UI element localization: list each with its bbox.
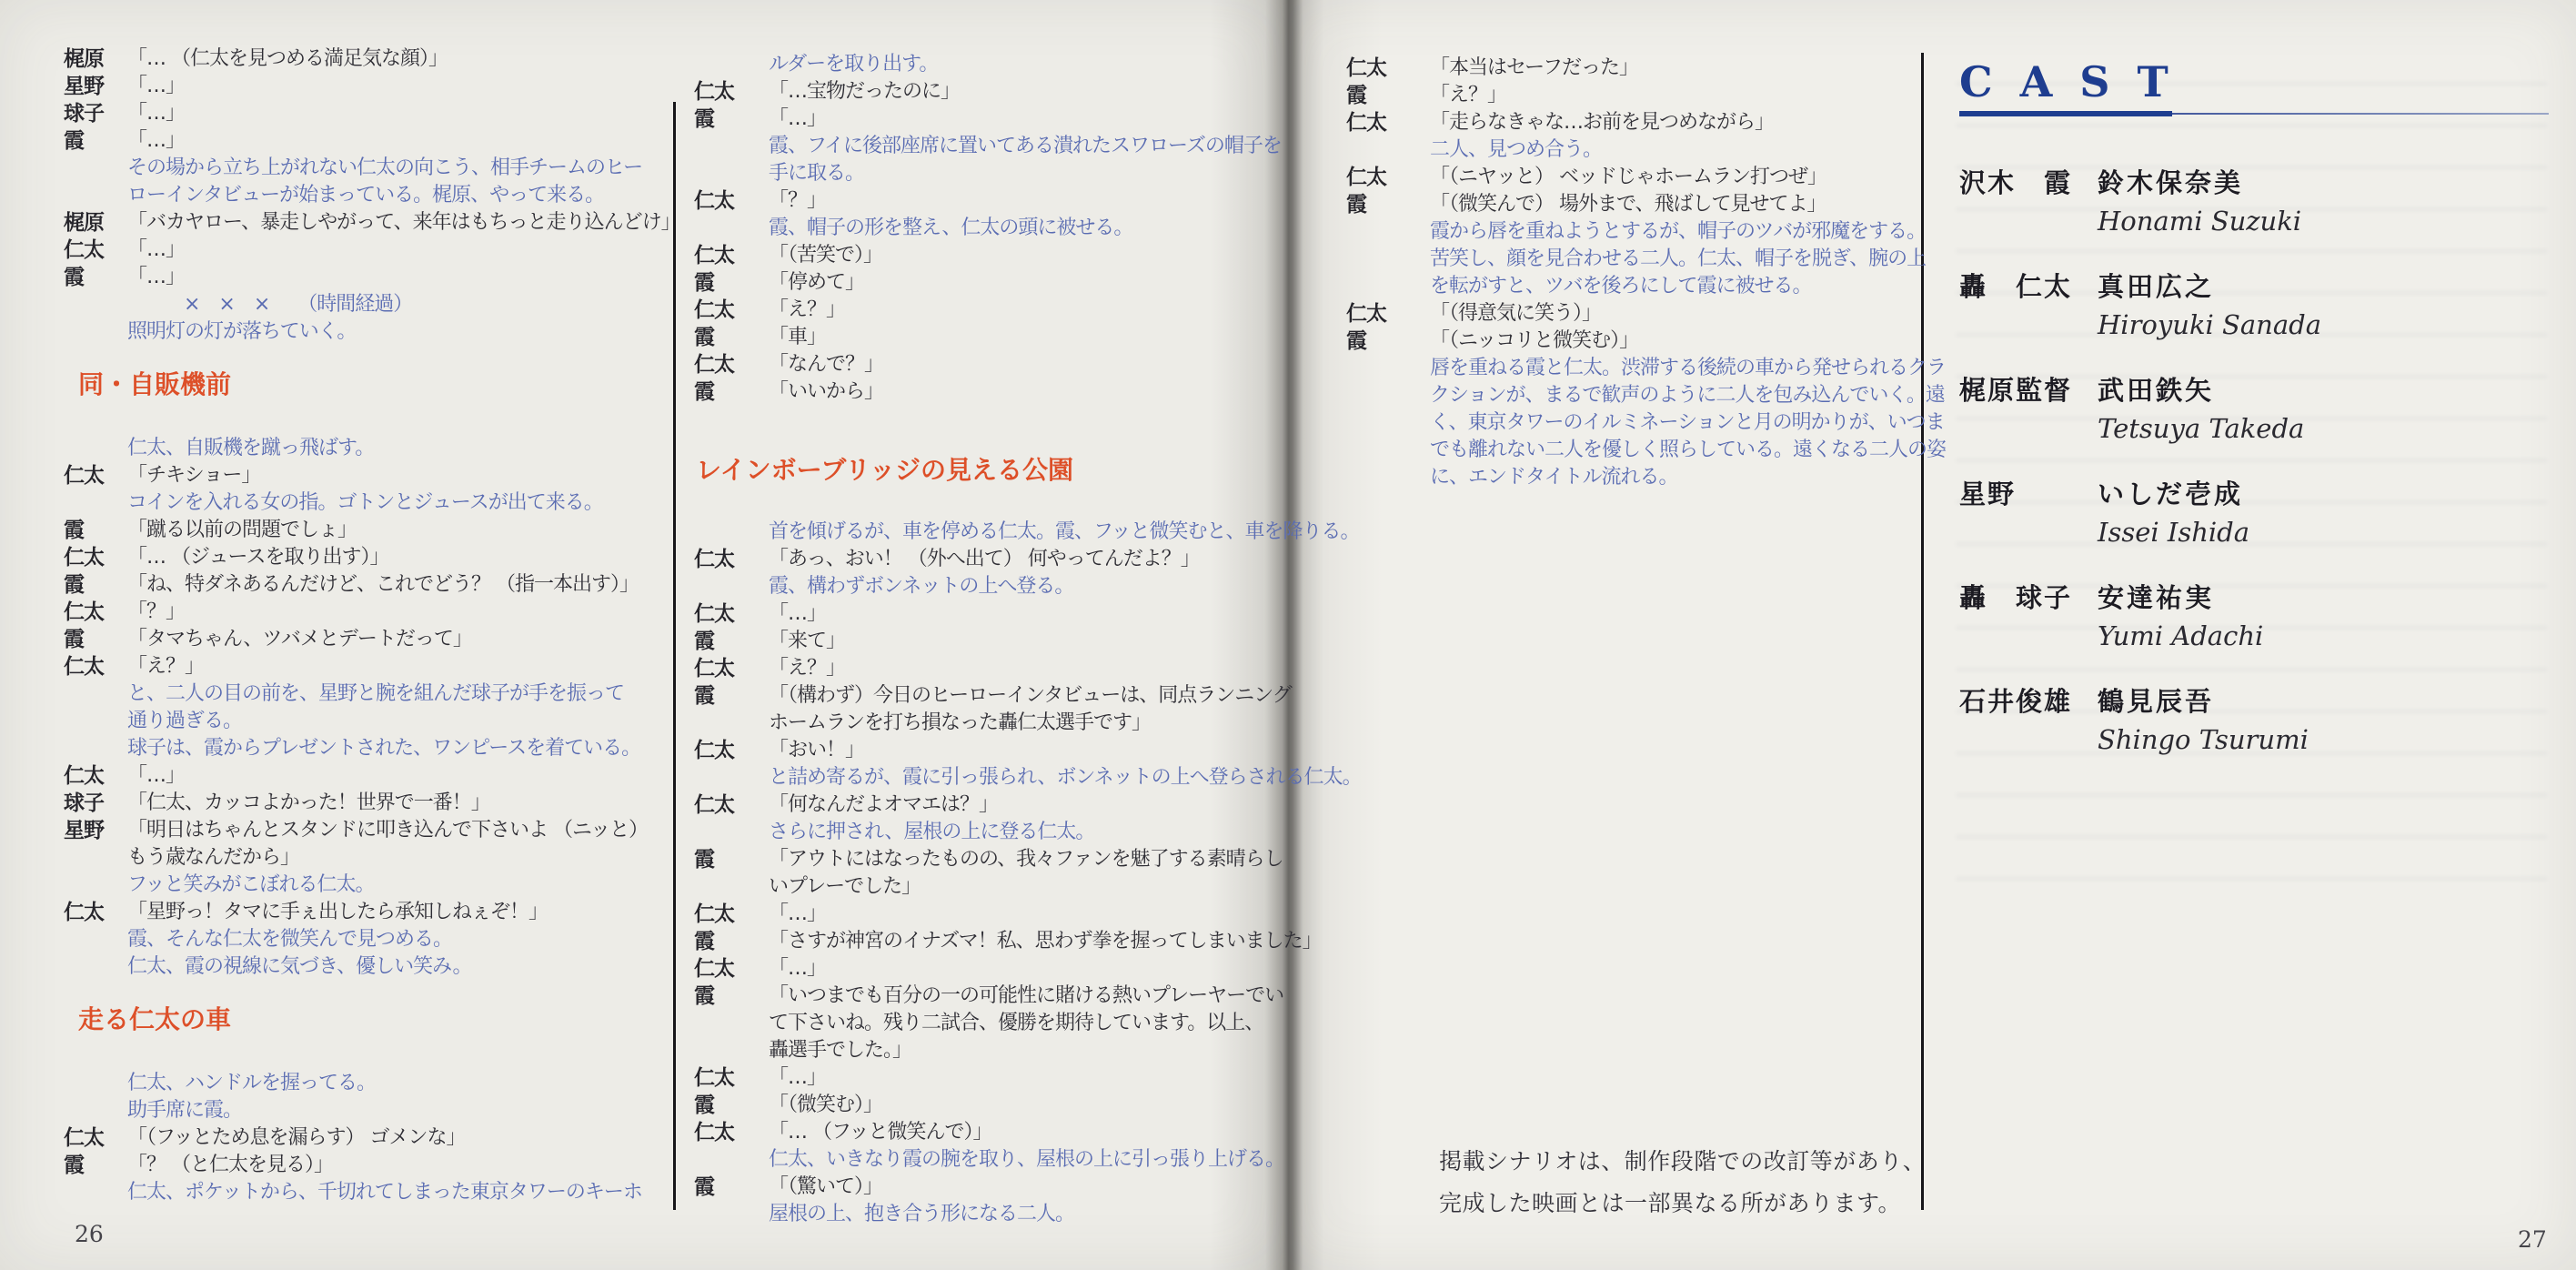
dialogue-text: 「え？」 — [769, 655, 1282, 682]
cast-actor-block: 鈴木保奈美Honami Suzuki — [2098, 166, 2560, 238]
speaker-name: 霞 — [1346, 82, 1430, 109]
dialogue-row: 霞「いいから」 — [694, 378, 1282, 406]
spacer — [64, 346, 671, 369]
dialogue-row: 仁太「…」 — [64, 237, 671, 264]
dialogue-row: 霞「車」 — [694, 324, 1282, 351]
column-divider-rule-page26 — [673, 102, 676, 1210]
dialogue-row: 仁太「星野っ！タマに手ぇ出したら承知しねぇぞ！」 — [64, 899, 671, 926]
dialogue-row: 仁太「（フッとため息を漏らす） ゴメンな」 — [64, 1124, 671, 1152]
cast-role-name: 石井俊雄 — [1959, 684, 2098, 719]
action-text: と、二人の目の前を、星野と腕を組んだ球子が手を振って通り過ぎる。 — [127, 680, 671, 735]
cast-role-name: 梶原監督 — [1959, 373, 2098, 408]
speaker-name: 仁太 — [694, 297, 769, 324]
dialogue-text: 「… （ジュースを取り出す）」 — [127, 544, 671, 571]
action-row: 霞から唇を重ねようとするが、帽子のツバが邪魔をする。苦笑し、顔を見合わせる二人。… — [1346, 218, 1903, 300]
dialogue-row: 霞「…」 — [64, 264, 671, 291]
script-line: 「（微笑む）」 — [769, 1092, 1282, 1119]
dialogue-text: 「なんで？」 — [769, 351, 1282, 378]
speaker-name: 霞 — [694, 846, 769, 873]
dialogue-text: 「（得意気に笑う）」 — [1430, 300, 1903, 328]
script-line: 二人、見つめ合う。 — [1430, 136, 1903, 164]
script-line: 「…」 — [127, 73, 671, 100]
script-line: 「え？」 — [769, 655, 1282, 682]
note-line: 完成した映画とは一部異なる所があります。 — [1439, 1183, 1926, 1225]
spacer — [64, 1035, 671, 1070]
script-line: 「停めて」 — [769, 269, 1282, 297]
script-line: コインを入れる女の指。ゴトンとジュースが出て来る。 — [127, 489, 671, 517]
script-line: 「来て」 — [769, 628, 1282, 655]
script-line: 「本当はセーフだった」 — [1430, 55, 1903, 82]
script-line: 「アウトにはなったものの、我々ファンを魅了する素晴らし — [769, 846, 1282, 873]
dialogue-row: 霞「アウトにはなったものの、我々ファンを魅了する素晴らしいプレーでした」 — [694, 846, 1282, 901]
dialogue-row: 星野「明日はちゃんとスタンドに叩き込んで下さいよ （ニッと）もう歳なんだから」 — [64, 817, 671, 872]
dialogue-text: 「アウトにはなったものの、我々ファンを魅了する素晴らしいプレーでした」 — [769, 846, 1282, 901]
script-line: 仁太、自販機を蹴っ飛ばす。 — [127, 435, 671, 462]
speaker-name: 仁太 — [694, 1119, 769, 1146]
speaker-name: 霞 — [64, 1152, 127, 1179]
action-row: さらに押され、屋根の上に登る仁太。 — [694, 819, 1282, 846]
script-line: 「チキショー」 — [127, 462, 671, 489]
script-line: 「（構わず）今日のヒーローインタビューは、同点ランニング — [769, 682, 1282, 710]
script-line: 「タマちゃん、ツバメとデートだって」 — [127, 626, 671, 653]
action-row: ルダーを取り出す。 — [694, 51, 1282, 78]
script-line: 「…」 — [127, 127, 671, 155]
script-line: 首を傾げるが、車を停める仁太。霞、フッと微笑むと、車を降りる。 — [769, 519, 1282, 546]
script-line: 轟選手でした。」 — [769, 1037, 1282, 1064]
page-number-26: 26 — [75, 1221, 104, 1247]
script-line: 「ね、特ダネあるんだけど、これでどう？ （指一本出す）」 — [127, 571, 671, 599]
dialogue-text: 「…」 — [769, 600, 1282, 628]
dialogue-text: 「…」 — [127, 127, 671, 155]
speaker-name: 仁太 — [694, 242, 769, 269]
dialogue-row: 球子「仁太、カッコよかった！世界で一番！」 — [64, 790, 671, 817]
dialogue-text: 「いつまでも百分の一の可能性に賭ける熱いプレーヤーでいて下さいね。残り二試合、優… — [769, 983, 1282, 1064]
dialogue-row: 仁太「え？」 — [64, 653, 671, 680]
time-separator: × × × （時間経過） — [64, 291, 671, 318]
speaker-name: 球子 — [64, 100, 127, 127]
action-row: コインを入れる女の指。ゴトンとジュースが出て来る。 — [64, 489, 671, 517]
dialogue-row: 星野「…」 — [64, 73, 671, 100]
dialogue-text: 「…」 — [769, 1064, 1282, 1092]
script-line: ローインタビューが始まっている。梶原、やって来る。 — [127, 182, 671, 209]
spacer — [64, 981, 671, 1004]
action-text: 霞、フイに後部座席に置いてある潰れたスワローズの帽子を手に取る。 — [769, 133, 1282, 187]
speaker-name: 霞 — [694, 983, 769, 1010]
dialogue-row: 霞「タマちゃん、ツバメとデートだって」 — [64, 626, 671, 653]
dialogue-text: 「え？」 — [127, 653, 671, 680]
cast-actor-romaji: Issei Ishida — [2098, 515, 2560, 549]
dialogue-text: 「？」 — [127, 599, 671, 626]
action-row: フッと笑みがこぼれる仁太。 — [64, 872, 671, 899]
action-text: 照明灯の灯が落ちていく。 — [127, 318, 671, 346]
dialogue-text: 「… （仁太を見つめる満足気な顔）」 — [127, 45, 671, 73]
dialogue-row: 霞「…」 — [64, 127, 671, 155]
dialogue-row: 梶原「… （仁太を見つめる満足気な顔）」 — [64, 45, 671, 73]
script-line: と、二人の目の前を、星野と腕を組んだ球子が手を振って — [127, 680, 671, 708]
script-line: 「バカヤロー、暴走しやがって、来年はもちっと走り込んどけ」 — [127, 209, 671, 237]
dialogue-text: 「走らなきゃな…お前を見つめながら」 — [1430, 109, 1903, 136]
dialogue-text: 「…」 — [769, 955, 1282, 983]
script-line: ルダーを取り出す。 — [769, 51, 1282, 78]
action-text: 首を傾げるが、車を停める仁太。霞、フッと微笑むと、車を降りる。 — [769, 519, 1282, 546]
cast-entry: 沢木 霞鈴木保奈美Honami Suzuki — [1959, 166, 2560, 238]
action-row: 屋根の上、抱き合う形になる二人。 — [694, 1201, 1282, 1228]
speaker-name: 霞 — [64, 517, 127, 544]
cast-role-name: 星野 — [1959, 477, 2098, 511]
action-row: と、二人の目の前を、星野と腕を組んだ球子が手を振って通り過ぎる。 — [64, 680, 671, 735]
dialogue-row: 梶原「バカヤロー、暴走しやがって、来年はもちっと走り込んどけ」 — [64, 209, 671, 237]
speaker-name: 霞 — [64, 127, 127, 155]
dialogue-row: 霞「（構わず）今日のヒーローインタビューは、同点ランニングホームランを打ち損なっ… — [694, 682, 1282, 737]
script-line: 「蹴る以前の問題でしょ」 — [127, 517, 671, 544]
script-line: 通り過ぎる。 — [127, 708, 671, 735]
action-row: 霞、帽子の形を整え、仁太の頭に被せる。 — [694, 215, 1282, 242]
script-line: 「おい！」 — [769, 737, 1282, 764]
speaker-name: 霞 — [694, 928, 769, 955]
action-row: 助手席に霞。 — [64, 1097, 671, 1124]
cast-role-name: 轟 仁太 — [1959, 269, 2098, 304]
speaker-name: 霞 — [694, 1092, 769, 1119]
dialogue-text: 「チキショー」 — [127, 462, 671, 489]
script-line: 「（苦笑で）」 — [769, 242, 1282, 269]
script-line: 「あっ、おい！ （外へ出て） 何やってんだよ？」 — [769, 546, 1282, 573]
script-line: 手に取る。 — [769, 160, 1282, 187]
script-line: に、エンドタイトル流れる。 — [1430, 464, 1903, 491]
action-row: 霞、フイに後部座席に置いてある潰れたスワローズの帽子を手に取る。 — [694, 133, 1282, 187]
dialogue-text: 「（苦笑で）」 — [769, 242, 1282, 269]
script-line: 仁太、ポケットから、千切れてしまった東京タワーのキーホ — [127, 1179, 671, 1206]
action-row: 仁太、霞の視線に気づき、優しい笑み。 — [64, 953, 671, 981]
script-line: いプレーでした」 — [769, 873, 1282, 901]
script-line: 仁太、いきなり霞の腕を取り、屋根の上に引っ張り上げる。 — [769, 1146, 1282, 1174]
script-line: 「車」 — [769, 324, 1282, 351]
action-row: 仁太、自販機を蹴っ飛ばす。 — [64, 435, 671, 462]
cast-actor-block: いしだ壱成Issei Ishida — [2098, 477, 2560, 549]
speaker-name: 仁太 — [694, 1064, 769, 1092]
script-line: 「…」 — [127, 762, 671, 790]
dialogue-text: 「おい！」 — [769, 737, 1282, 764]
speaker-name: 仁太 — [1346, 300, 1430, 328]
cast-actor-romaji: Yumi Adachi — [2098, 619, 2560, 653]
dialogue-text: 「あっ、おい！ （外へ出て） 何やってんだよ？」 — [769, 546, 1282, 573]
script-line: 「…」 — [127, 264, 671, 291]
dialogue-text: 「蹴る以前の問題でしょ」 — [127, 517, 671, 544]
speaker-name: 仁太 — [694, 791, 769, 819]
speaker-name: 仁太 — [694, 78, 769, 106]
cast-actor-block: 武田鉄矢Tetsuya Takeda — [2098, 373, 2560, 446]
script-line: 「星野っ！タマに手ぇ出したら承知しねぇぞ！」 — [127, 899, 671, 926]
dialogue-row: 霞「（微笑む）」 — [694, 1092, 1282, 1119]
cast-entry: 轟 球子安達祐実Yumi Adachi — [1959, 580, 2560, 653]
dialogue-text: 「いいから」 — [769, 378, 1282, 406]
dialogue-row: 仁太「？」 — [64, 599, 671, 626]
script-line: 「… （フッと微笑んで）」 — [769, 1119, 1282, 1146]
dialogue-text: 「車」 — [769, 324, 1282, 351]
cast-actor-romaji: Honami Suzuki — [2098, 204, 2560, 238]
script-line: 霞から唇を重ねようとするが、帽子のツバが邪魔をする。 — [1430, 218, 1903, 246]
action-text: 仁太、霞の視線に気づき、優しい笑み。 — [127, 953, 671, 981]
dialogue-text: 「…」 — [127, 762, 671, 790]
dialogue-row: 霞「？ （と仁太を見る）」 — [64, 1152, 671, 1179]
cast-heading-rule — [1959, 111, 2549, 118]
script-line: 仁太、ハンドルを握ってる。 — [127, 1070, 671, 1097]
script-line: 「（ニヤッと） ベッドじゃホームラン打つぜ」 — [1430, 164, 1903, 191]
speaker-name: 梶原 — [64, 45, 127, 73]
cast-actor-name: 鶴見辰吾 — [2098, 684, 2560, 719]
cast-actor-block: 鶴見辰吾Shingo Tsurumi — [2098, 684, 2560, 757]
dialogue-text: 「仁太、カッコよかった！世界で一番！」 — [127, 790, 671, 817]
action-text: フッと笑みがこぼれる仁太。 — [127, 872, 671, 899]
scene-heading: レインボーブリッジの見える公園 — [694, 455, 1282, 486]
dialogue-text: 「（微笑む）」 — [769, 1092, 1282, 1119]
script-line: 助手席に霞。 — [127, 1097, 671, 1124]
scene-heading: 走る仁太の車 — [64, 1004, 671, 1035]
dialogue-row: 霞「さすが神宮のイナズマ！私、思わず拳を握ってしまいました」 — [694, 928, 1282, 955]
dialogue-row: 仁太「（苦笑で）」 — [694, 242, 1282, 269]
cast-actor-name: 真田広之 — [2098, 269, 2560, 304]
dialogue-text: 「…」 — [127, 264, 671, 291]
script-line: でも離れない二人を優しく照らしている。遠くなる二人の姿 — [1430, 437, 1903, 464]
dialogue-row: 仁太「？」 — [694, 187, 1282, 215]
spacer — [64, 400, 671, 435]
script-line: 「…」 — [127, 237, 671, 264]
script-line: 球子は、霞からプレゼントされた、ワンピースを着ている。 — [127, 735, 671, 762]
cast-entry-list: 沢木 霞鈴木保奈美Honami Suzuki轟 仁太真田広之Hiroyuki S… — [1959, 166, 2560, 757]
script-line: 仁太、霞の視線に気づき、優しい笑み。 — [127, 953, 671, 981]
cast-entry: 石井俊雄鶴見辰吾Shingo Tsurumi — [1959, 684, 2560, 757]
dialogue-row: 仁太「（ニヤッと） ベッドじゃホームラン打つぜ」 — [1346, 164, 1903, 191]
dialogue-text: 「…」 — [769, 106, 1282, 133]
dialogue-text: 「バカヤロー、暴走しやがって、来年はもちっと走り込んどけ」 — [127, 209, 671, 237]
action-text: 霞、帽子の形を整え、仁太の頭に被せる。 — [769, 215, 1282, 242]
speaker-name: 霞 — [694, 106, 769, 133]
action-text: 仁太、いきなり霞の腕を取り、屋根の上に引っ張り上げる。 — [769, 1146, 1282, 1174]
dialogue-row: 仁太「何なんだよオマエは？」 — [694, 791, 1282, 819]
dialogue-row: 仁太「チキショー」 — [64, 462, 671, 489]
note-line: 掲載シナリオは、制作段階での改訂等があり、 — [1439, 1141, 1926, 1183]
speaker-name: 霞 — [64, 571, 127, 599]
action-row: 仁太、ポケットから、千切れてしまった東京タワーのキーホ — [64, 1179, 671, 1206]
action-text: 霞、そんな仁太を微笑んで見つめる。 — [127, 926, 671, 953]
cast-actor-name: 鈴木保奈美 — [2098, 166, 2560, 200]
action-text: 二人、見つめ合う。 — [1430, 136, 1903, 164]
script-line: 「？」 — [127, 599, 671, 626]
dialogue-row: 仁太「なんで？」 — [694, 351, 1282, 378]
dialogue-text: 「…宝物だったのに」 — [769, 78, 1282, 106]
script-line: 「？ （と仁太を見る）」 — [127, 1152, 671, 1179]
action-text: 球子は、霞からプレゼントされた、ワンピースを着ている。 — [127, 735, 671, 762]
dialogue-text: 「タマちゃん、ツバメとデートだって」 — [127, 626, 671, 653]
speaker-name: 霞 — [694, 378, 769, 406]
action-text: その場から立ち上がれない仁太の向こう、相手チームのヒーローインタビューが始まって… — [127, 155, 671, 209]
dialogue-row: 仁太「（得意気に笑う）」 — [1346, 300, 1903, 328]
script-line: 苦笑し、顔を見合わせる二人。仁太、帽子を脱ぎ、腕の上 — [1430, 246, 1903, 273]
script-line: さらに押され、屋根の上に登る仁太。 — [769, 819, 1282, 846]
speaker-name: 仁太 — [64, 899, 127, 926]
speaker-name: 仁太 — [64, 1124, 127, 1152]
action-text: さらに押され、屋根の上に登る仁太。 — [769, 819, 1282, 846]
cast-section: CAST 沢木 霞鈴木保奈美Honami Suzuki轟 仁太真田広之Hiroy… — [1959, 58, 2560, 757]
speaker-name: 仁太 — [1346, 55, 1430, 82]
cast-actor-name: 武田鉄矢 — [2098, 373, 2560, 408]
speaker-name: 霞 — [64, 264, 127, 291]
script-line: 「いいから」 — [769, 378, 1282, 406]
dialogue-text: 「（ニッコリと微笑む）」 — [1430, 328, 1903, 355]
script-line: 「（微笑んで） 場外まで、飛ばして見せてよ」 — [1430, 191, 1903, 218]
spacer — [694, 486, 1282, 519]
cast-actor-romaji: Shingo Tsurumi — [2098, 722, 2560, 757]
dialogue-text: 「…」 — [127, 100, 671, 127]
speaker-name: 霞 — [694, 324, 769, 351]
action-row: 球子は、霞からプレゼントされた、ワンピースを着ている。 — [64, 735, 671, 762]
script-line: 「…」 — [769, 106, 1282, 133]
cast-actor-block: 真田広之Hiroyuki Sanada — [2098, 269, 2560, 342]
dialogue-text: 「え？」 — [769, 297, 1282, 324]
page-number-27: 27 — [2518, 1226, 2547, 1253]
script-line: フッと笑みがこぼれる仁太。 — [127, 872, 671, 899]
cast-entry: 梶原監督武田鉄矢Tetsuya Takeda — [1959, 373, 2560, 446]
dialogue-row: 球子「…」 — [64, 100, 671, 127]
script-line: 霞、そんな仁太を微笑んで見つめる。 — [127, 926, 671, 953]
dialogue-text: 「（フッとため息を漏らす） ゴメンな」 — [127, 1124, 671, 1152]
dialogue-text: 「明日はちゃんとスタンドに叩き込んで下さいよ （ニッと）もう歳なんだから」 — [127, 817, 671, 872]
cast-rule-thick-segment — [1959, 111, 2172, 116]
cast-role-name: 沢木 霞 — [1959, 166, 2098, 200]
action-row: 仁太、いきなり霞の腕を取り、屋根の上に引っ張り上げる。 — [694, 1146, 1282, 1174]
dialogue-row: 霞「（ニッコリと微笑む）」 — [1346, 328, 1903, 355]
speaker-name: 仁太 — [64, 599, 127, 626]
speaker-name: 仁太 — [694, 737, 769, 764]
action-text: 仁太、ハンドルを握ってる。 — [127, 1070, 671, 1097]
dialogue-row: 仁太「…」 — [64, 762, 671, 790]
dialogue-text: 「停めて」 — [769, 269, 1282, 297]
script-line: × × × （時間経過） — [184, 291, 671, 318]
dialogue-row: 霞「蹴る以前の問題でしょ」 — [64, 517, 671, 544]
script-line: 「え？」 — [769, 297, 1282, 324]
dialogue-text: 「…」 — [127, 237, 671, 264]
script-line: 霞、フイに後部座席に置いてある潰れたスワローズの帽子を — [769, 133, 1282, 160]
script-column-1: 梶原「… （仁太を見つめる満足気な顔）」星野「…」球子「…」霞「…」その場から立… — [64, 45, 671, 1206]
dialogue-text: 「（構わず）今日のヒーローインタビューは、同点ランニングホームランを打ち損なった… — [769, 682, 1282, 737]
dialogue-row: 霞「ね、特ダネあるんだけど、これでどう？ （指一本出す）」 — [64, 571, 671, 599]
dialogue-row: 仁太「おい！」 — [694, 737, 1282, 764]
script-line: 「…」 — [769, 955, 1282, 983]
action-text: 助手席に霞。 — [127, 1097, 671, 1124]
dialogue-text: 「え？」 — [1430, 82, 1903, 109]
dialogue-row: 霞「（微笑んで） 場外まで、飛ばして見せてよ」 — [1346, 191, 1903, 218]
action-text: 霞、構わずボンネットの上へ登る。 — [769, 573, 1282, 600]
dialogue-text: 「さすが神宮のイナズマ！私、思わず拳を握ってしまいました」 — [769, 928, 1282, 955]
action-row: 照明灯の灯が落ちていく。 — [64, 318, 671, 346]
speaker-name: 仁太 — [694, 955, 769, 983]
speaker-name: 球子 — [64, 790, 127, 817]
script-line: その場から立ち上がれない仁太の向こう、相手チームのヒー — [127, 155, 671, 182]
dialogue-text: 「（ニヤッと） ベッドじゃホームラン打つぜ」 — [1430, 164, 1903, 191]
dialogue-text: 「… （フッと微笑んで）」 — [769, 1119, 1282, 1146]
cast-entry: 星野いしだ壱成Issei Ishida — [1959, 477, 2560, 549]
scene-heading: 同・自販機前 — [64, 369, 671, 400]
script-line: ホームランを打ち損なった轟仁太選手です」 — [769, 710, 1282, 737]
dialogue-text: 「…」 — [769, 901, 1282, 928]
dialogue-text: 「…」 — [127, 73, 671, 100]
cast-actor-romaji: Tetsuya Takeda — [2098, 411, 2560, 446]
script-line: 「明日はちゃんとスタンドに叩き込んで下さいよ （ニッと） — [127, 817, 671, 844]
cast-rule-thin-segment — [2172, 113, 2549, 115]
cast-actor-name: いしだ壱成 — [2098, 477, 2560, 511]
dialogue-row: 仁太「走らなきゃな…お前を見つめながら」 — [1346, 109, 1903, 136]
script-line: 「？」 — [769, 187, 1282, 215]
speaker-name: 星野 — [64, 73, 127, 100]
action-row: 二人、見つめ合う。 — [1346, 136, 1903, 164]
action-row: 首を傾げるが、車を停める仁太。霞、フッと微笑むと、車を降りる。 — [694, 519, 1282, 546]
speaker-name: 仁太 — [64, 762, 127, 790]
action-text: 仁太、自販機を蹴っ飛ばす。 — [127, 435, 671, 462]
script-line: 「なんで？」 — [769, 351, 1282, 378]
dialogue-row: 霞「（驚いて）」 — [694, 1174, 1282, 1201]
script-line: 「何なんだよオマエは？」 — [769, 791, 1282, 819]
action-text: と詰め寄るが、霞に引っ張られ、ボンネットの上へ登らされる仁太。 — [769, 764, 1282, 791]
action-text: 屋根の上、抱き合う形になる二人。 — [769, 1201, 1282, 1228]
speaker-name: 仁太 — [694, 351, 769, 378]
action-row: 唇を重ねる霞と仁太。渋滞する後続の車から発せられるクラクションが、まるで歓声のよ… — [1346, 355, 1903, 491]
action-text: 仁太、ポケットから、千切れてしまった東京タワーのキーホ — [127, 1179, 671, 1206]
booklet-spread: 梶原「… （仁太を見つめる満足気な顔）」星野「…」球子「…」霞「…」その場から立… — [0, 0, 2576, 1270]
dialogue-row: 霞「え？」 — [1346, 82, 1903, 109]
script-line: 屋根の上、抱き合う形になる二人。 — [769, 1201, 1282, 1228]
script-line: 「…」 — [769, 901, 1282, 928]
speaker-name: 霞 — [1346, 191, 1430, 218]
dialogue-text: 「何なんだよオマエは？」 — [769, 791, 1282, 819]
dialogue-row: 霞「停めて」 — [694, 269, 1282, 297]
script-line: 唇を重ねる霞と仁太。渋滞する後続の車から発せられるクラ — [1430, 355, 1903, 382]
dialogue-row: 仁太「あっ、おい！ （外へ出て） 何やってんだよ？」 — [694, 546, 1282, 573]
dialogue-row: 仁太「… （ジュースを取り出す）」 — [64, 544, 671, 571]
script-line: 「（フッとため息を漏らす） ゴメンな」 — [127, 1124, 671, 1152]
speaker-name: 仁太 — [694, 187, 769, 215]
speaker-name: 霞 — [694, 628, 769, 655]
cast-actor-block: 安達祐実Yumi Adachi — [2098, 580, 2560, 653]
action-row: 霞、構わずボンネットの上へ登る。 — [694, 573, 1282, 600]
script-line: 「え？」 — [127, 653, 671, 680]
action-text: 霞から唇を重ねようとするが、帽子のツバが邪魔をする。苦笑し、顔を見合わせる二人。… — [1430, 218, 1903, 300]
script-line: く、東京タワーのイルミネーションと月の明かりが、いつま — [1430, 409, 1903, 437]
cast-actor-romaji: Hiroyuki Sanada — [2098, 307, 2560, 342]
action-text: 唇を重ねる霞と仁太。渋滞する後続の車から発せられるクラクションが、まるで歓声のよ… — [1430, 355, 1903, 491]
dialogue-row: 仁太「… （フッと微笑んで）」 — [694, 1119, 1282, 1146]
script-line: と詰め寄るが、霞に引っ張られ、ボンネットの上へ登らされる仁太。 — [769, 764, 1282, 791]
script-line: 「…」 — [769, 600, 1282, 628]
dialogue-row: 仁太「…宝物だったのに」 — [694, 78, 1282, 106]
cast-entry: 轟 仁太真田広之Hiroyuki Sanada — [1959, 269, 2560, 342]
dialogue-row: 仁太「え？」 — [694, 297, 1282, 324]
action-row: と詰め寄るが、霞に引っ張られ、ボンネットの上へ登らされる仁太。 — [694, 764, 1282, 791]
script-line: 霞、帽子の形を整え、仁太の頭に被せる。 — [769, 215, 1282, 242]
cast-role-name: 轟 球子 — [1959, 580, 2098, 615]
speaker-name: 仁太 — [694, 600, 769, 628]
dialogue-text: 「（微笑んで） 場外まで、飛ばして見せてよ」 — [1430, 191, 1903, 218]
action-row: 仁太、ハンドルを握ってる。 — [64, 1070, 671, 1097]
dialogue-text: 「？」 — [769, 187, 1282, 215]
speaker-name: 霞 — [694, 1174, 769, 1201]
script-line: 「… （ジュースを取り出す）」 — [127, 544, 671, 571]
script-line: 「（驚いて）」 — [769, 1174, 1282, 1201]
dialogue-text: 「（驚いて）」 — [769, 1174, 1282, 1201]
dialogue-row: 仁太「本当はセーフだった」 — [1346, 55, 1903, 82]
script-line: 「…」 — [769, 1064, 1282, 1092]
speaker-name: 仁太 — [1346, 164, 1430, 191]
script-line: 「（ニッコリと微笑む）」 — [1430, 328, 1903, 355]
script-line: 「仁太、カッコよかった！世界で一番！」 — [127, 790, 671, 817]
